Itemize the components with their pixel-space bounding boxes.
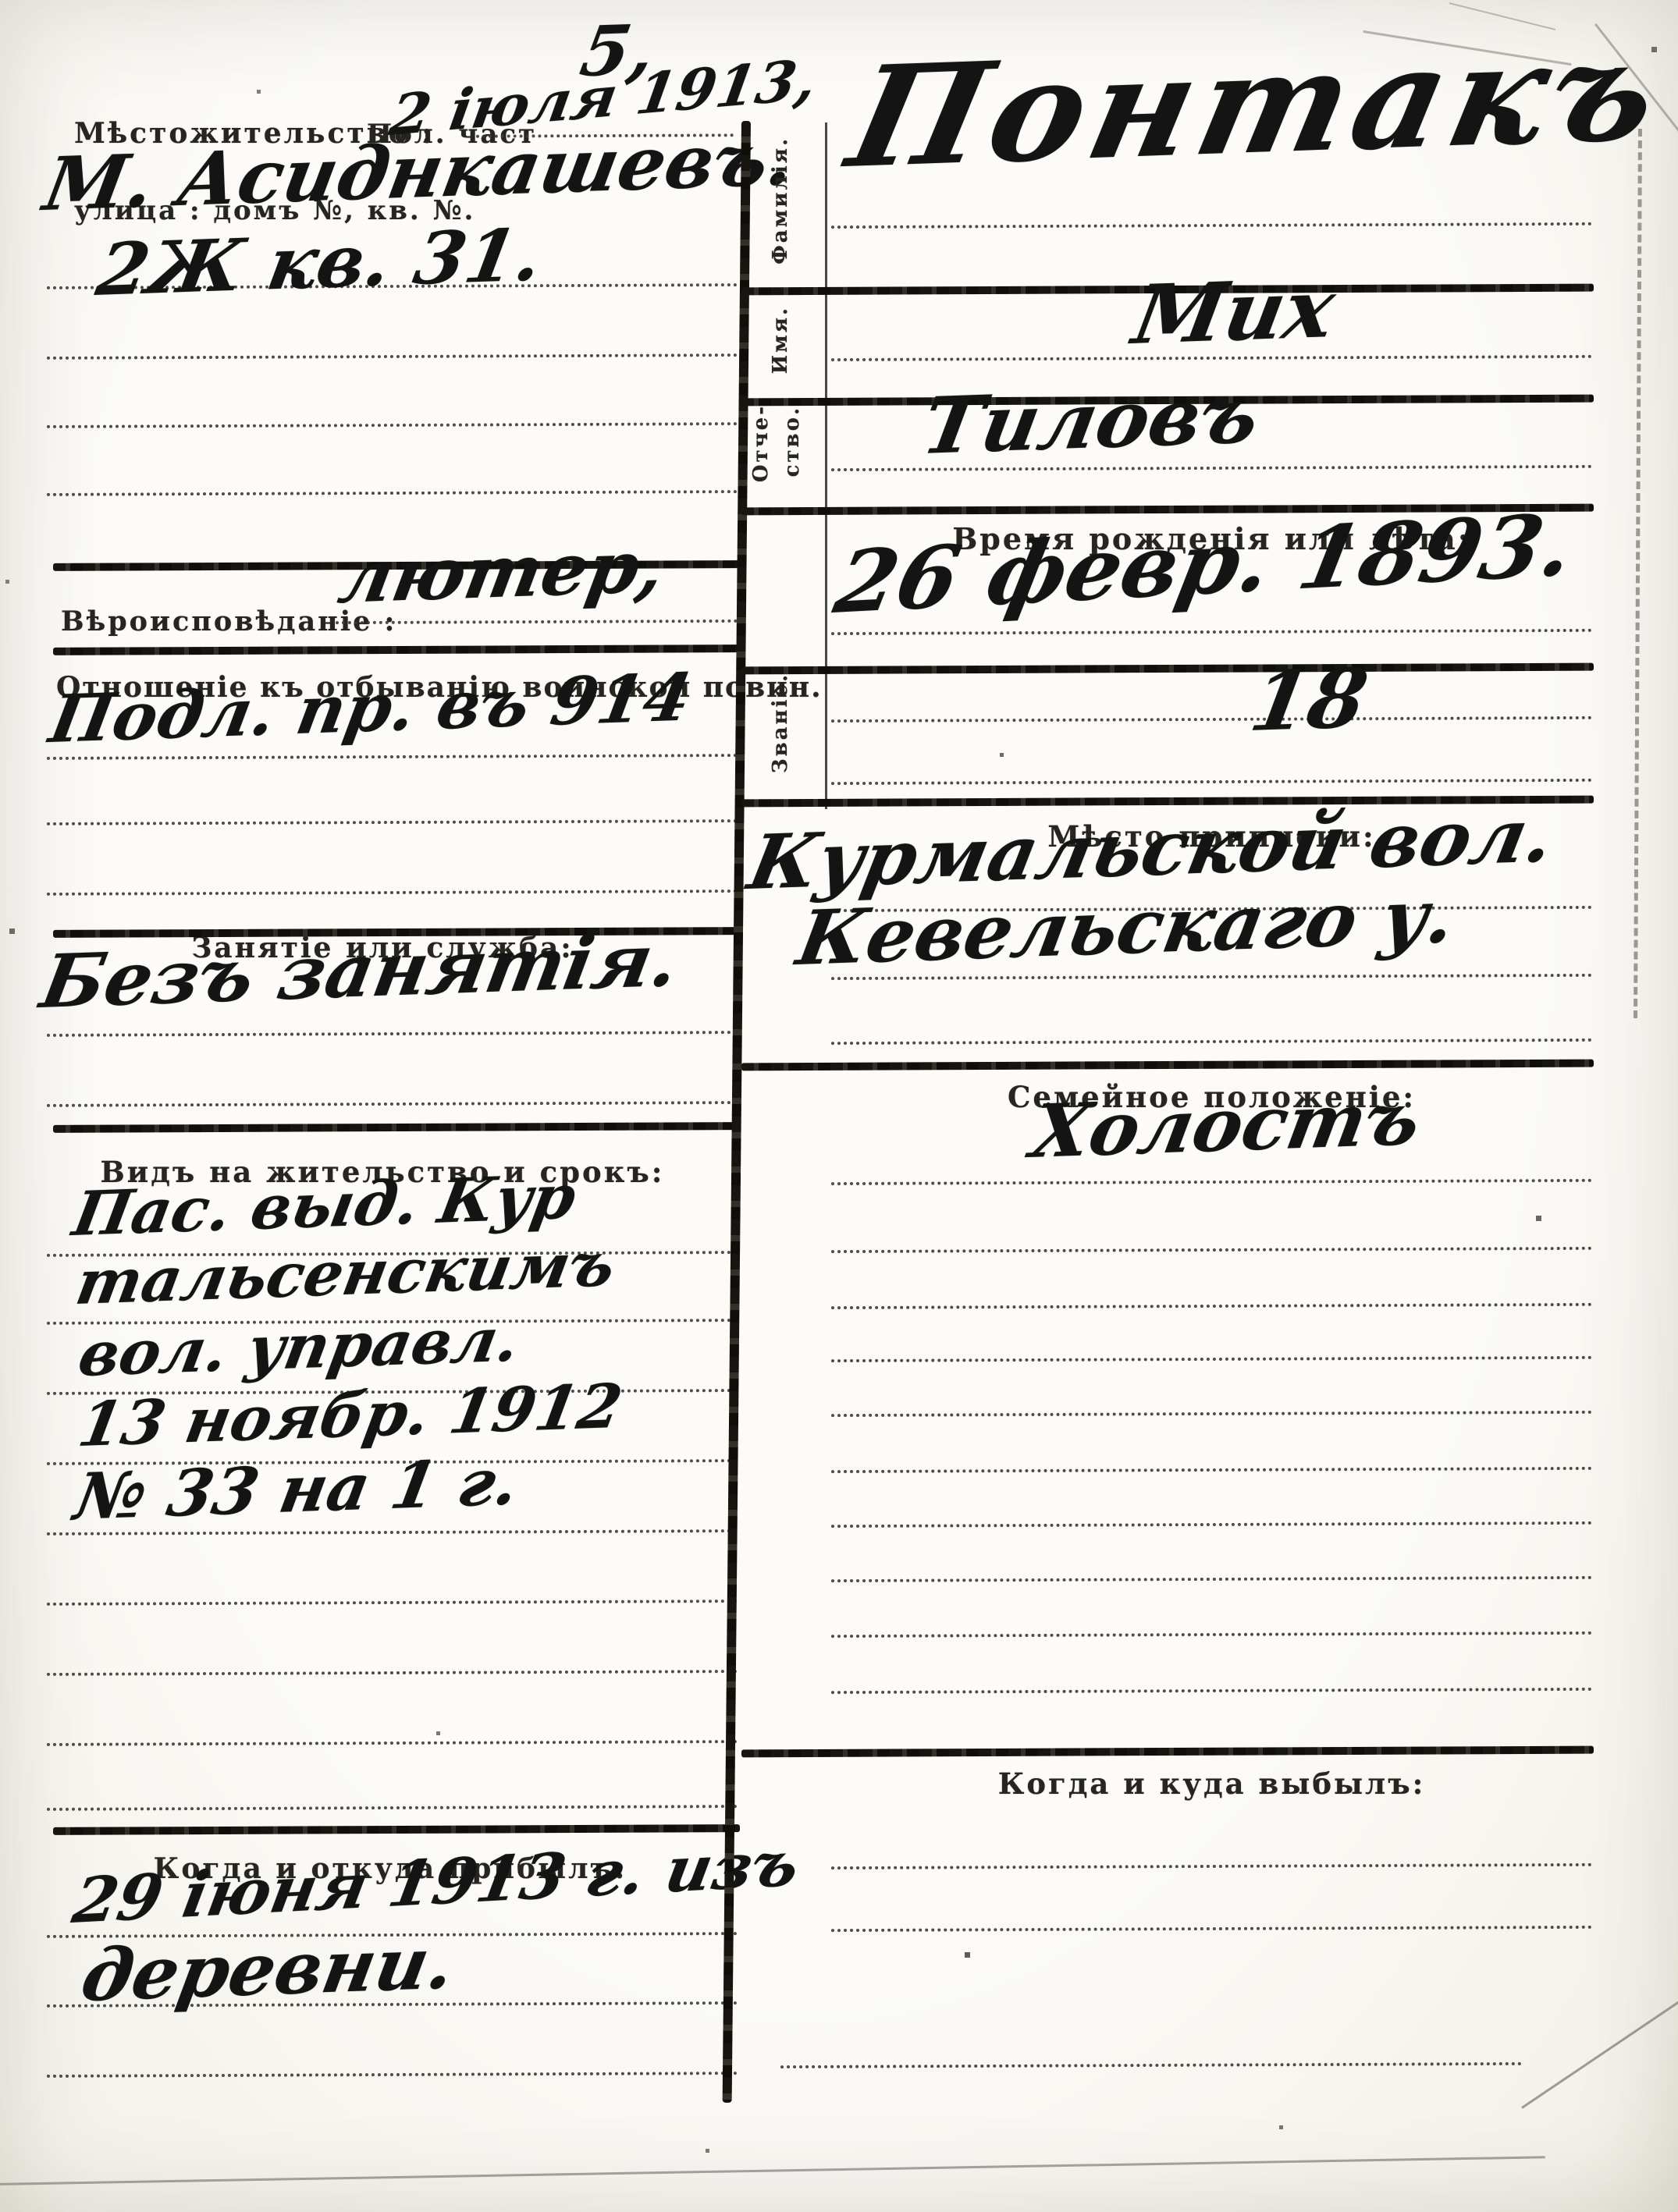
occupation-entry: Безъ занятія.: [36, 924, 684, 1019]
patronymic-label-part1: Отче-: [749, 404, 773, 482]
ruled-line: [780, 2062, 1522, 2068]
paper-specks: [0, 0, 2, 2]
rank-entry: 18: [1245, 658, 1373, 743]
ruled-line: [47, 819, 738, 826]
ruled-line: [831, 1576, 1592, 1582]
ruled-line: [47, 1600, 738, 1606]
scan-edge-streak: [1634, 129, 1642, 1018]
ruled-line: [47, 1101, 738, 1107]
permit-entry-line: вол. управл.: [74, 1310, 524, 1386]
patronymic-label-part2: ство.: [780, 406, 804, 477]
ruled-line: [831, 1863, 1592, 1869]
section-border: [741, 1060, 1594, 1071]
ruled-line: [831, 1247, 1592, 1253]
crease-line: [0, 2156, 1545, 2185]
section-border: [741, 663, 1594, 675]
surname-entry: Понтакъ: [839, 20, 1676, 187]
ruled-line: [831, 1179, 1592, 1185]
ruled-line: [47, 422, 738, 428]
ruled-line: [831, 222, 1592, 229]
ruled-line: [47, 2072, 738, 2078]
ruled-line: [47, 353, 738, 360]
label-strip-line: [825, 122, 827, 809]
ruled-line: [47, 1805, 738, 1811]
ruled-line: [47, 889, 738, 896]
family-status-entry: Холостъ: [1026, 1082, 1426, 1169]
ruled-line: [831, 1039, 1592, 1045]
ruled-line: [831, 1521, 1592, 1528]
permit-entry-line: 13 ноябр. 1912: [74, 1376, 626, 1456]
name-label: Имя.: [769, 306, 792, 374]
section-border: [53, 644, 740, 655]
ruled-line: [831, 1356, 1592, 1362]
religion-entry: лютер,: [334, 531, 670, 613]
ruled-line: [47, 754, 738, 760]
ruled-line: [831, 1688, 1592, 1694]
section-border: [53, 1122, 740, 1133]
ruled-line: [831, 1411, 1592, 1417]
registration-entry-line: Кевельскаго у.: [792, 879, 1461, 976]
military-service-entry: Подл. пр. въ 914: [45, 665, 695, 752]
address-entry-line2: 2Ж кв. 31.: [92, 218, 548, 306]
ruled-line: [47, 490, 738, 496]
ruled-line: [831, 1926, 1592, 1932]
ruled-line: [336, 620, 738, 624]
ruled-line: [47, 1031, 738, 1037]
arrival-entry-line: 29 іюня 1913 г. изъ: [69, 1832, 804, 1932]
ruled-line: [47, 1740, 738, 1746]
patronymic-entry: Тиловъ: [917, 375, 1265, 465]
crease-line: [1521, 1997, 1678, 2108]
ruled-line: [831, 779, 1592, 785]
ruled-line: [831, 1467, 1592, 1473]
ruled-line: [831, 716, 1592, 723]
ruled-line: [831, 1303, 1592, 1309]
ruled-line: [831, 1631, 1592, 1638]
surname-label: Фамилія.: [769, 137, 792, 265]
ruled-line: [831, 629, 1592, 635]
permit-entry-line: № 33 на 1 г.: [70, 1450, 523, 1529]
name-entry: Мих: [1128, 268, 1341, 356]
section-border: [53, 1824, 740, 1835]
permit-entry-line: тальсенскимъ: [72, 1234, 620, 1314]
ruled-line: [47, 1670, 738, 1676]
departure-label: Когда и куда выбылъ:: [831, 1766, 1592, 1801]
rank-label: Званіе.: [769, 673, 792, 773]
arrival-entry-line: деревни.: [76, 1927, 460, 2011]
registration-card-scan: Мѣстожительство : Пол. част улица : домъ…: [0, 0, 1678, 2212]
section-border: [741, 1746, 1594, 1758]
